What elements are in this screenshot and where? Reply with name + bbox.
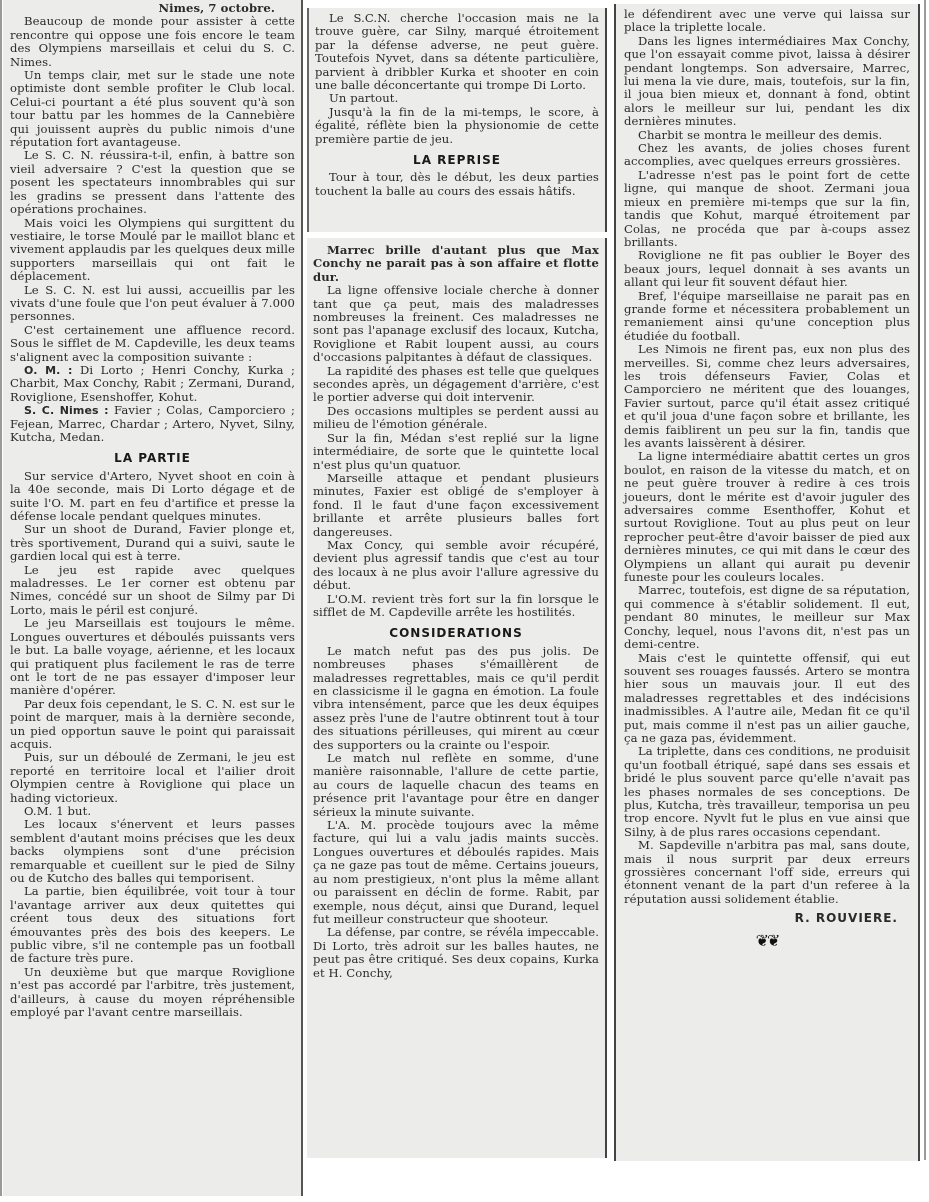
paragraph: La ligne offensive lociale cherche à don… xyxy=(313,284,599,364)
paragraph: Chez les avants, de jolies choses furent… xyxy=(624,142,910,169)
lineup-om-label: O. M. : xyxy=(24,364,73,377)
paragraph: Sur un shoot de Durand, Favier plonge et… xyxy=(10,523,295,563)
intro-paragraphs: Beaucoup de monde pour assister à cette … xyxy=(10,15,295,364)
partie-paragraphs: Sur service d'Artero, Nyvet shoot en coi… xyxy=(10,470,295,1020)
paragraph: Bref, l'équipe marseillaise ne parait pa… xyxy=(624,290,910,344)
lineup-scn: S. C. Nimes : Favier ; Colas, Camporcier… xyxy=(10,404,295,444)
lineup-scn-label: S. C. Nimes : xyxy=(24,404,109,417)
paragraph: Le S. C. N. réussira-t-il, enfin, à batt… xyxy=(10,149,295,216)
paragraph: Le S. C. N. est lui aussi, accueillis pa… xyxy=(10,284,295,324)
scan-edge-mark xyxy=(0,0,2,1196)
paragraph: Le jeu est rapide avec quelques maladres… xyxy=(10,564,295,618)
paragraph: La partie, bien équilibrée, voit tour à … xyxy=(10,885,295,965)
heading-la-partie: LA PARTIE xyxy=(10,452,295,465)
heading-considerations: CONSIDERATIONS xyxy=(313,627,599,640)
lede-paragraph: Marrec brille d'autant plus que Max Conc… xyxy=(313,244,599,284)
paragraph: Dans les lignes intermédiaires Max Conch… xyxy=(624,35,910,129)
article-column-1: Nimes, 7 octobre. Beaucoup de monde pour… xyxy=(3,0,303,1196)
lineup-om: O. M. : Di Lorto ; Henri Conchy, Kurka ;… xyxy=(10,364,295,404)
article-column-2-bottom: Marrec brille d'autant plus que Max Conc… xyxy=(307,238,607,1158)
paragraph: Le jeu Marseillais est toujours le même.… xyxy=(10,617,295,697)
paragraph: La ligne intermédiaire abattit certes un… xyxy=(624,450,910,584)
dateline: Nimes, 7 octobre. xyxy=(10,2,295,15)
scan-edge-mark xyxy=(924,0,926,1160)
heading-la-reprise: LA REPRISE xyxy=(315,154,599,167)
paragraph: Charbit se montra le meilleur des demis. xyxy=(624,129,910,142)
paragraph: La défense, par contre, se révéla impecc… xyxy=(313,926,599,980)
paragraph: Tour à tour, dès le début, les deux part… xyxy=(315,171,599,198)
paragraph: L'O.M. revient très fort sur la fin lors… xyxy=(313,593,599,620)
article-column-3: le défendirent avec une verve qui laissa… xyxy=(614,4,920,1161)
paragraph: Un partout. xyxy=(315,92,599,105)
paragraph: Roviglione ne fit pas oublier le Boyer d… xyxy=(624,249,910,289)
paragraph: Un temps clair, met sur le stade une not… xyxy=(10,69,295,149)
paragraph: Les locaux s'énervent et leurs passes se… xyxy=(10,818,295,885)
paragraph: L'adresse n'est pas le point fort de cet… xyxy=(624,169,910,249)
paragraph: Marseille attaque et pendant plusieurs m… xyxy=(313,472,599,539)
paragraph: La rapidité des phases est telle que que… xyxy=(313,365,599,405)
paragraph: Le match nefut pas des pus jolis. De nom… xyxy=(313,645,599,752)
paragraph: La triplette, dans ces conditions, ne pr… xyxy=(624,745,910,839)
paragraph: le défendirent avec une verve qui laissa… xyxy=(624,8,910,35)
paragraph: Des occasions multiples se perdent aussi… xyxy=(313,405,599,432)
paragraph: Beaucoup de monde pour assister à cette … xyxy=(10,15,295,69)
ornament-flourish-icon: ❦❦ xyxy=(624,934,910,947)
paragraph: Mais c'est le quintette offensif, qui eu… xyxy=(624,652,910,746)
paragraph: Sur la fin, Médan s'est replié sur la li… xyxy=(313,432,599,472)
paragraph: Le match nul reflète en somme, d'une man… xyxy=(313,752,599,819)
paragraph: Les Nimois ne firent pas, eux non plus d… xyxy=(624,343,910,450)
paragraph: Marrec, toutefois, est digne de sa réput… xyxy=(624,584,910,651)
paragraph: C'est certainement une affluence record.… xyxy=(10,324,295,364)
paragraph: Mais voici les Olympiens qui surgittent … xyxy=(10,217,295,284)
paragraph: Max Concy, qui semble avoir récupéré, de… xyxy=(313,539,599,593)
article-column-2-top: Le S.C.N. cherche l'occasion mais ne la … xyxy=(307,8,607,232)
paragraph: Puis, sur un déboulé de Zermani, le jeu … xyxy=(10,751,295,805)
paragraph: L'A. M. procède toujours avec la même fa… xyxy=(313,819,599,926)
paragraph: Le S.C.N. cherche l'occasion mais ne la … xyxy=(315,12,599,92)
author-signature: R. ROUVIERE. xyxy=(624,912,910,925)
paragraph: M. Sapdeville n'arbitra pas mal, sans do… xyxy=(624,839,910,906)
paragraph: Jusqu'à la fin de la mi-temps, le score,… xyxy=(315,106,599,146)
paragraph: Un deuxième but que marque Roviglione n'… xyxy=(10,966,295,1020)
paragraph: Par deux fois cependant, le S. C. N. est… xyxy=(10,698,295,752)
paragraph: Sur service d'Artero, Nyvet shoot en coi… xyxy=(10,470,295,524)
paragraph: O.M. 1 but. xyxy=(10,805,295,818)
